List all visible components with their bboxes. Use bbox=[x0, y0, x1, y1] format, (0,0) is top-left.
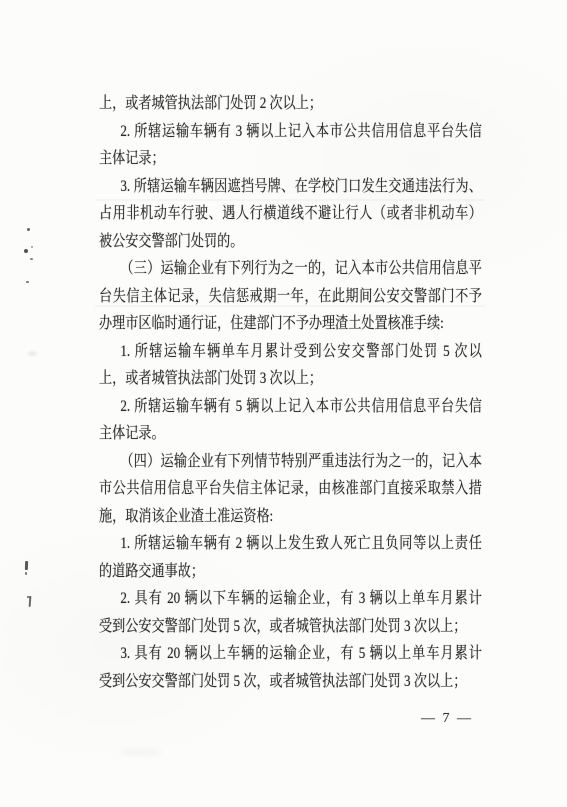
text-line: 上，或者城管执法部门处罚 3 次以上； bbox=[99, 365, 482, 393]
scan-smudge bbox=[28, 351, 37, 356]
text-line: （四）运输企业有下列情节特别严重违法行为之一的，记入本 bbox=[99, 448, 482, 476]
text-line: 上，或者城管执法部门处罚 2 次以上； bbox=[99, 90, 482, 118]
text-line: 施，取消该企业渣土准运资格: bbox=[99, 503, 482, 531]
text-line: 台失信主体记录，失信惩戒期一年，在此期间公安交警部门不予 bbox=[99, 283, 482, 311]
text-line: 2. 所辖运输车辆有 5 辆以上记入本市公共信用信息平台失信 bbox=[99, 393, 482, 421]
scan-speck bbox=[30, 258, 33, 260]
scan-mark bbox=[25, 572, 27, 575]
scan-smudge bbox=[120, 748, 162, 756]
scan-speck bbox=[27, 228, 30, 231]
document-page: 上，或者城管执法部门处罚 2 次以上；2. 所辖运输车辆有 3 辆以上记入本市公… bbox=[0, 0, 567, 807]
page-number: — 7 — bbox=[421, 711, 481, 727]
scan-speck bbox=[26, 281, 29, 283]
text-line: 3. 具有 20 辆以上车辆的运输企业，有 5 辆以上单车月累计 bbox=[99, 640, 482, 668]
text-line: 受到公安交警部门处罚 5 次，或者城管执法部门处罚 3 次以上； bbox=[99, 668, 482, 696]
document-body: 上，或者城管执法部门处罚 2 次以上；2. 所辖运输车辆有 3 辆以上记入本市公… bbox=[99, 90, 482, 695]
document-lines: 上，或者城管执法部门处罚 2 次以上；2. 所辖运输车辆有 3 辆以上记入本市公… bbox=[99, 90, 482, 695]
text-line: 1. 所辖运输车辆单车月累计受到公安交警部门处罚 5 次以 bbox=[99, 338, 482, 366]
scan-mark bbox=[25, 561, 28, 570]
scan-speck bbox=[24, 249, 28, 253]
text-line: 2. 所辖运输车辆有 3 辆以上记入本市公共信用信息平台失信 bbox=[99, 118, 482, 146]
text-line: 2. 具有 20 辆以下车辆的运输企业，有 3 辆以上单车月累计 bbox=[99, 585, 482, 613]
scan-mark bbox=[27, 596, 31, 598]
text-line: 办理市区临时通行证，住建部门不予办理渣土处置核准手续: bbox=[99, 310, 482, 338]
scan-speck bbox=[31, 246, 33, 248]
text-line: 受到公安交警部门处罚 5 次，或者城管执法部门处罚 3 次以上； bbox=[99, 613, 482, 641]
text-line: （三）运输企业有下列行为之一的，记入本市公共信用信息平 bbox=[99, 255, 482, 283]
text-line: 占用非机动车行驶、遇人行横道线不避让行人（或者非机动车） bbox=[99, 200, 482, 228]
text-line: 1. 所辖运输车辆有 2 辆以上发生致人死亡且负同等以上责任 bbox=[99, 530, 482, 558]
text-line: 的道路交通事故； bbox=[99, 558, 482, 586]
text-line: 市公共信用信息平台失信主体记录，由核准部门直接采取禁入措 bbox=[99, 475, 482, 503]
text-line: 主体记录。 bbox=[99, 420, 482, 448]
text-line: 被公安交警部门处罚的。 bbox=[99, 228, 482, 256]
text-line: 主体记录； bbox=[99, 145, 482, 173]
text-line: 3. 所辖运输车辆因遮挡号牌、在学校门口发生交通违法行为、 bbox=[99, 173, 482, 201]
